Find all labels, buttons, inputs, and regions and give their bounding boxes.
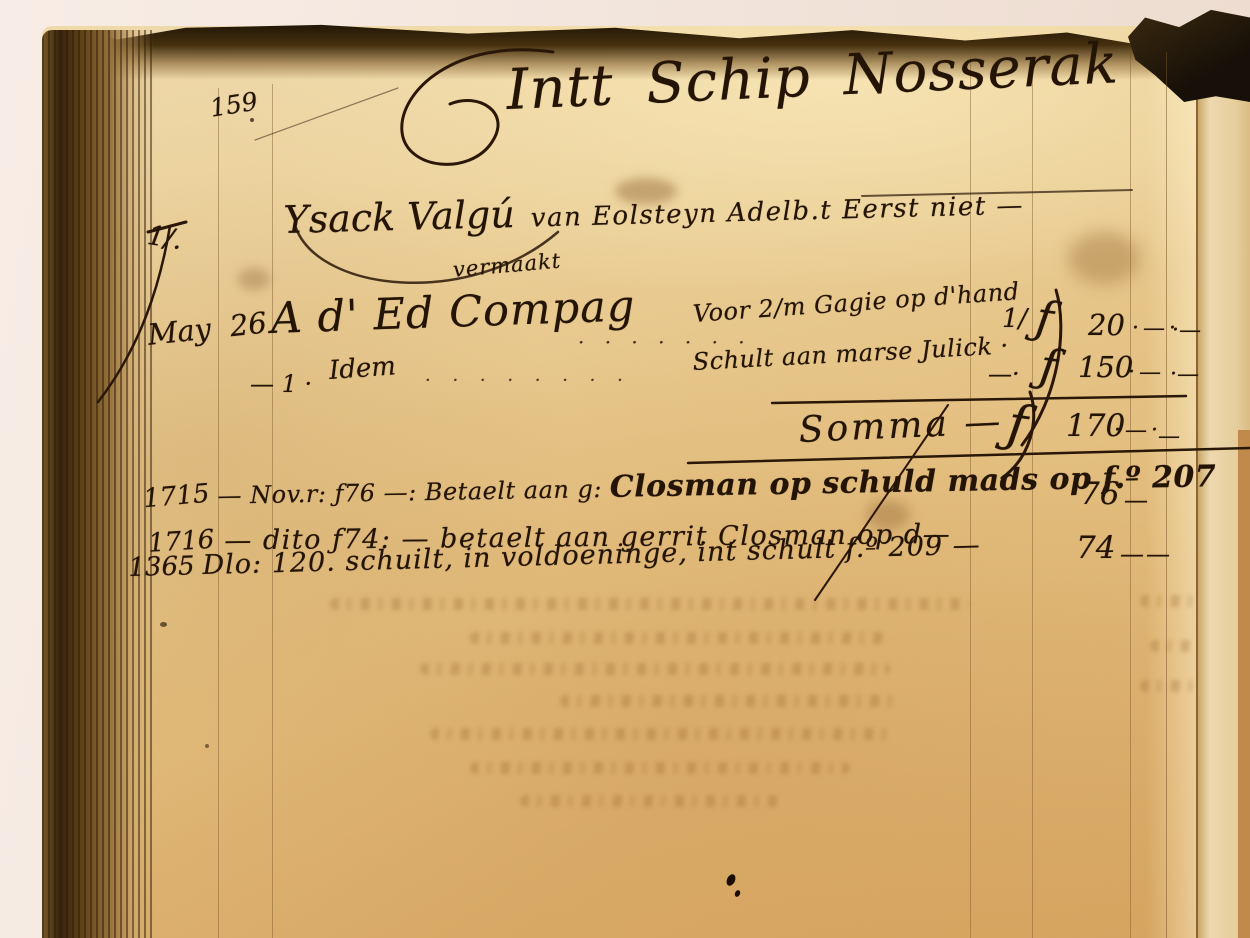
payment-year: 1365 [128, 551, 195, 583]
ink-speck [160, 622, 167, 627]
amount-dashes: — [1158, 424, 1180, 449]
ledger-photo: 159 Intt Schip Nosserak Ysack Valgú van … [0, 0, 1250, 938]
payment-year: 1715 [142, 479, 211, 515]
amount-dashes: ·— [1172, 318, 1201, 343]
amount-dashes: ·— [1128, 360, 1165, 385]
ink-speck [250, 118, 254, 122]
credit-row-amount: 20 [1088, 308, 1125, 342]
amount-dashes: ·—· [1114, 418, 1162, 443]
payment-detail: — Nov.r: ƒ76 —: Betaelt aan g: [217, 475, 602, 510]
ink-stain [238, 268, 270, 290]
dot-leaders: · · · · · · · · [425, 370, 631, 391]
payment-amount: 76 [1080, 476, 1119, 512]
page-right-highlight [1146, 60, 1198, 938]
book-edge-strip [1238, 430, 1250, 938]
credit-row-col: 1/ [1002, 304, 1027, 334]
credit-row-col: —· [988, 360, 1020, 388]
credit-row-amount: 150 [1078, 350, 1133, 384]
amount-dashes: — [1124, 486, 1148, 514]
ink-speck [205, 744, 209, 748]
margin-mark: 1/. [145, 220, 184, 256]
debit-dash: — 1 · [250, 370, 312, 398]
ruled-column-line [218, 88, 219, 938]
payment-amount: 74 [1076, 530, 1115, 566]
debit-entry-2: Idem [328, 351, 397, 386]
ruled-column-line [272, 84, 273, 938]
amount-dashes: —— [1120, 540, 1172, 568]
account-holder-name: Ysack Valgú [283, 192, 515, 242]
ink-stain [1068, 232, 1140, 284]
book-gutter [42, 30, 154, 938]
amount-dashes: ·— [1170, 362, 1199, 387]
